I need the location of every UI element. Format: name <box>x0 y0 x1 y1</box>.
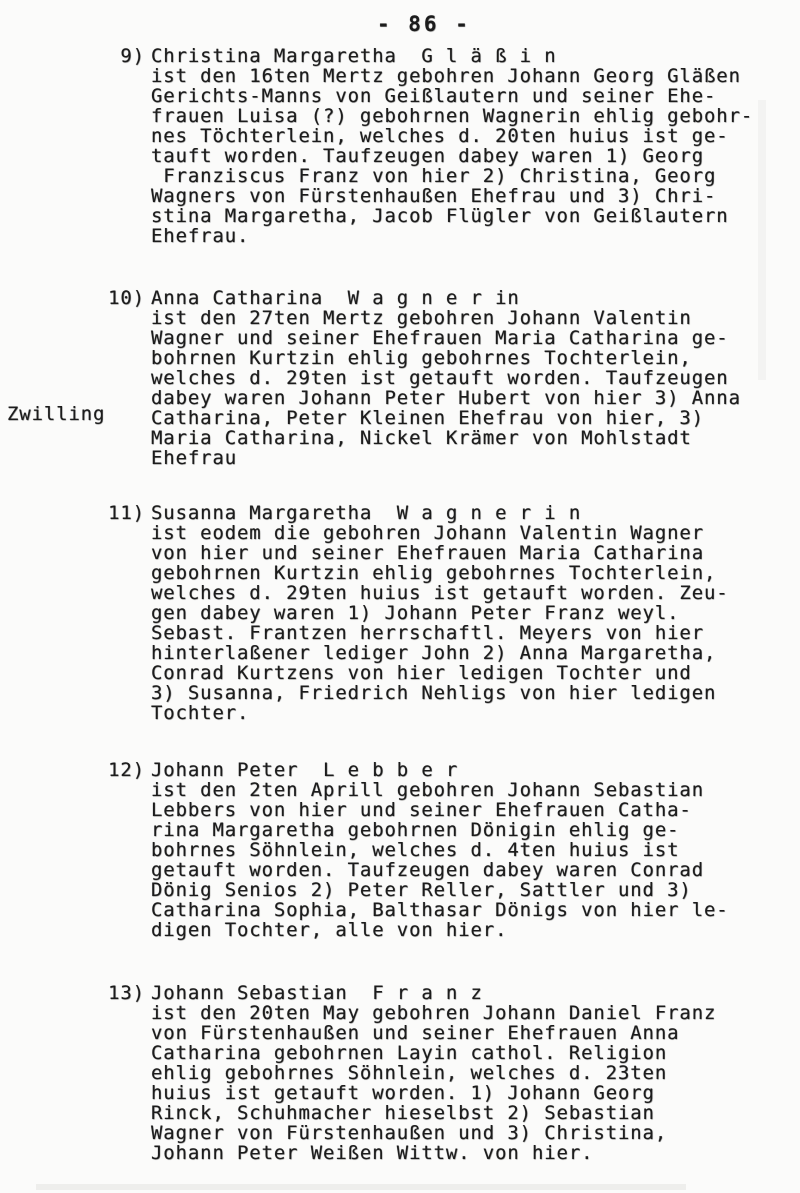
entry-line: Rinck, Schuhmacher hieselbst 2) Sebastia… <box>151 1103 716 1123</box>
entry-line: ist den 20ten May gebohren Johann Daniel… <box>151 1003 716 1023</box>
entry-line: Gerichts-Manns von Geißlautern und seine… <box>151 86 753 106</box>
entry-line: hinterlaßener lediger John 2) Anna Marga… <box>151 643 729 663</box>
entry-line: von Fürstenhaußen und seiner Ehefrauen A… <box>151 1023 716 1043</box>
entry-line: Catharina Sophia, Balthasar Dönigs von h… <box>151 900 729 920</box>
entry-number: 11) <box>103 503 145 523</box>
entry-number: 10) <box>103 288 145 308</box>
entry-number: 12) <box>103 760 145 780</box>
baptism-entry-11: 11) Susanna Margaretha W a g n e r i n i… <box>103 503 729 723</box>
entry-line: bohrnen Kurtzin ehlig gebohrnes Tochterl… <box>151 348 741 368</box>
entry-line: gen dabey waren 1) Johann Peter Franz we… <box>151 603 729 623</box>
entry-line: Wagner und seiner Ehefrauen Maria Cathar… <box>151 328 741 348</box>
entry-line: ist den 2ten Aprill gebohren Johann Seba… <box>151 780 729 800</box>
entry-heading: Susanna Margaretha W a g n e r i n <box>151 503 729 523</box>
entry-heading: Christina Margaretha G l ä ß i n <box>151 46 753 66</box>
entry-line: ist den 27ten Mertz gebohren Johann Vale… <box>151 308 741 328</box>
entry-number: 13) <box>103 983 145 1003</box>
entry-line: Ehefrau. <box>151 226 753 246</box>
entry-line: ist den 16ten Mertz gebohren Johann Geor… <box>151 66 753 86</box>
entry-line: Wagners von Fürstenhaußen Ehefrau und 3)… <box>151 186 753 206</box>
entry-line: Tochter. <box>151 703 729 723</box>
entry-line: huius ist getauft worden. 1) Johann Geor… <box>151 1083 716 1103</box>
baptism-entry-10: 10) Anna Catharina W a g n e r in ist de… <box>103 288 741 468</box>
entry-line: von hier und seiner Ehefrauen Maria Cath… <box>151 543 729 563</box>
scan-artifact-right-smudge <box>758 100 766 380</box>
entry-heading: Johann Peter L e b b e r <box>151 760 729 780</box>
margin-note-zwilling: Zwilling <box>7 403 105 425</box>
entry-line: nes Töchterlein, welches d. 20ten huius … <box>151 126 753 146</box>
entry-line: Conrad Kurtzens von hier ledigen Tochter… <box>151 663 729 683</box>
entry-body: Johann Peter L e b b e r ist den 2ten Ap… <box>151 760 729 940</box>
entry-heading: Johann Sebastian F r a n z <box>151 983 716 1003</box>
entry-line: Maria Catharina, Nickel Krämer von Mohls… <box>151 428 741 448</box>
entry-line: Wagner von Fürstenhaußen und 3) Christin… <box>151 1123 716 1143</box>
entry-line: rina Margaretha gebohrnen Dönigin ehlig … <box>151 820 729 840</box>
entry-line: Catharina gebohrnen Layin cathol. Religi… <box>151 1043 716 1063</box>
entry-line: stina Margaretha, Jacob Flügler von Geiß… <box>151 206 753 226</box>
entry-line: Franziscus Franz von hier 2) Christina, … <box>151 166 753 186</box>
entry-line: ist eodem die gebohren Johann Valentin W… <box>151 523 729 543</box>
entry-line: Johann Peter Weißen Wittw. von hier. <box>151 1143 716 1163</box>
scan-artifact-bottom-band <box>36 1184 686 1190</box>
baptism-entry-12: 12) Johann Peter L e b b e r ist den 2te… <box>103 760 729 940</box>
entry-number: 9) <box>103 46 145 66</box>
baptism-entry-9: 9) Christina Margaretha G l ä ß i n ist … <box>103 46 753 246</box>
entry-body: Anna Catharina W a g n e r in ist den 27… <box>151 288 741 468</box>
entry-line: welches d. 29ten ist getauft worden. Tau… <box>151 368 741 388</box>
entry-line: Dönig Senios 2) Peter Reller, Sattler un… <box>151 880 729 900</box>
entry-line: Sebast. Frantzen herrschaftl. Meyers von… <box>151 623 729 643</box>
entry-line: welches d. 29ten huius ist getauft worde… <box>151 583 729 603</box>
entry-line: getauft worden. Taufzeugen dabey waren C… <box>151 860 729 880</box>
entry-line: frauen Luisa (?) gebohrnen Wagnerin ehli… <box>151 106 753 126</box>
entry-line: digen Tochter, alle von hier. <box>151 920 729 940</box>
entry-line: Lebbers von hier und seiner Ehefrauen Ca… <box>151 800 729 820</box>
entry-line: ehlig gebohrnes Söhnlein, welches d. 23t… <box>151 1063 716 1083</box>
entry-line: dabey waren Johann Peter Hubert von hier… <box>151 388 741 408</box>
entry-body: Susanna Margaretha W a g n e r i n ist e… <box>151 503 729 723</box>
entry-line: 3) Susanna, Friedrich Nehligs von hier l… <box>151 683 729 703</box>
page-number: - 86 - <box>377 12 471 36</box>
entry-body: Christina Margaretha G l ä ß i n ist den… <box>151 46 753 246</box>
entry-line: gebohrnen Kurtzin ehlig gebohrnes Tochte… <box>151 563 729 583</box>
entry-line: bohrnes Söhnlein, welches d. 4ten huius … <box>151 840 729 860</box>
entry-heading: Anna Catharina W a g n e r in <box>151 288 741 308</box>
baptism-entry-13: 13) Johann Sebastian F r a n z ist den 2… <box>103 983 716 1163</box>
entry-line: Catharina, Peter Kleinen Ehefrau von hie… <box>151 408 741 428</box>
entry-line: tauft worden. Taufzeugen dabey waren 1) … <box>151 146 753 166</box>
entry-line: Ehefrau <box>151 448 741 468</box>
entry-body: Johann Sebastian F r a n z ist den 20ten… <box>151 983 716 1163</box>
